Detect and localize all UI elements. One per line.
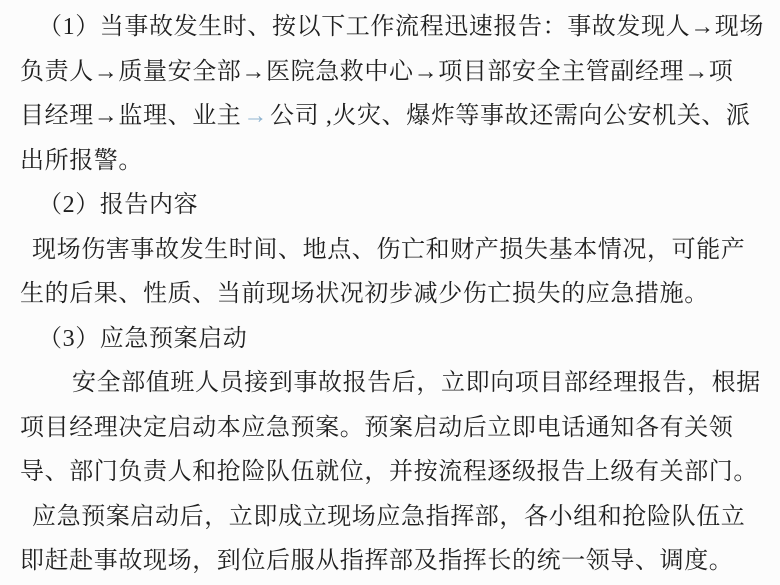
text-line-3-prefix: 目经理→监理、业主 xyxy=(20,103,241,129)
document-page: （1）当事故发生时、按以下工作流程迅速报告：事故发现人→现场 负责人→质量安全部… xyxy=(0,0,780,585)
text-line-1: （1）当事故发生时、按以下工作流程迅速报告：事故发现人→现场 xyxy=(20,5,768,50)
text-line-9: 安全部值班人员接到事故报告后，立即向项目部经理报告，根据 xyxy=(20,361,768,406)
text-line-12: 应急预案启动后，立即成立现场应急指挥部，各小组和抢险队伍立 xyxy=(20,495,768,540)
text-line-2: 负责人→质量安全部→医院急救中心→项目部安全主管副经理→项 xyxy=(20,50,768,95)
text-line-4: 出所报警。 xyxy=(20,139,768,184)
text-line-8: （3）应急预案启动 xyxy=(20,317,768,362)
text-line-13: 即赶赴事故现场，到位后服从指挥部及指挥长的统一领导、调度。 xyxy=(20,539,768,584)
text-line-3-suffix: 公司 ,火灾、爆炸等事故还需向公安机关、派 xyxy=(270,103,751,129)
text-line-3: 目经理→监理、业主→公司 ,火灾、爆炸等事故还需向公安机关、派 xyxy=(20,94,768,139)
text-line-6: 现场伤害事故发生时间、地点、伤亡和财产损失基本情况，可能产 xyxy=(20,228,768,273)
text-line-7: 生的后果、性质、当前现场状况初步减少伤亡损失的应急措施。 xyxy=(20,272,768,317)
text-line-10: 项目经理决定启动本应急预案。预案启动后立即电话通知各有关领 xyxy=(20,406,768,451)
text-line-11: 导、部门负责人和抢险队伍就位，并按流程逐级报告上级有关部门。 xyxy=(20,450,768,495)
text-line-5: （2）报告内容 xyxy=(20,183,768,228)
blue-arrow-icon: → xyxy=(241,103,270,129)
